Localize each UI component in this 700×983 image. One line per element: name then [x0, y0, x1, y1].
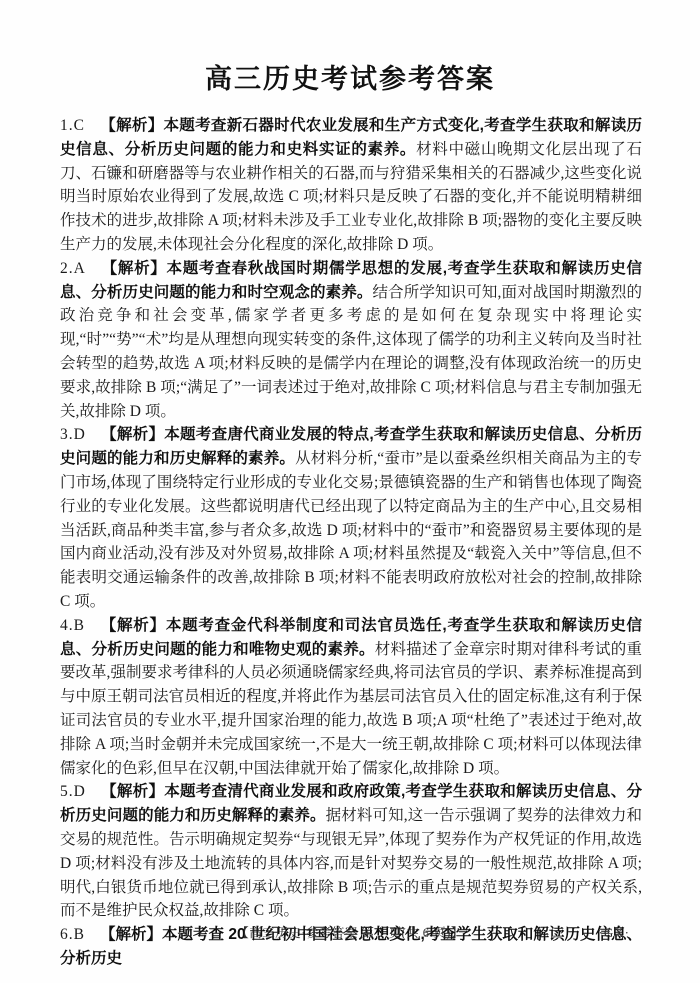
analysis-body: 材料描述了金章宗时期对律科考试的重要改革,强制要求考律科的人员必须通晓儒家经典,… [60, 641, 642, 777]
page-title: 高三历史考试参考答案 [0, 64, 700, 94]
scan-artifact [552, 936, 562, 938]
page-footer: 【高三历史·参考答案 第 1 页(共 6 页)】 [0, 924, 700, 942]
answer-number: 2.A [60, 260, 86, 277]
answer-number: 5.D [60, 783, 86, 800]
analysis-body: 结合所学知识可知,面对战国时期激烈的政治竞争和社会变革,儒家学者更多考虑的是如何… [60, 284, 642, 420]
answer-number: 1.C [60, 117, 85, 134]
answer-item-5: 5.D【解析】本题考查清代商业发展和政府政策,考查学生获取和解读历史信息、分析历… [60, 780, 642, 923]
answer-number: 4.B [60, 617, 85, 634]
answer-item-1: 1.C【解析】本题考查新石器时代农业发展和生产方式变化,考查学生获取和解读历史信… [60, 114, 642, 257]
answer-item-4: 4.B【解析】本题考查金代科举制度和司法官员选任,考查学生获取和解读历史信息、分… [60, 614, 642, 781]
page-footer-code: ·GX· [599, 924, 630, 942]
document-page: 高三历史考试参考答案 1.C【解析】本题考查新石器时代农业发展和生产方式变化,考… [0, 0, 700, 983]
analysis-body: 从材料分析,“蚕市”是以蚕桑丝织相关商品为主的专门市场,体现了围绕特定行业形成的… [60, 450, 642, 610]
answer-item-3: 3.D【解析】本题考查唐代商业发展的特点,考查学生获取和解读历史信息、分析历史问… [60, 423, 642, 613]
answer-number: 3.D [60, 426, 86, 443]
answer-item-2: 2.A【解析】本题考查春秋战国时期儒学思想的发展,考查学生获取和解读历史信息、分… [60, 257, 642, 424]
answers-content: 1.C【解析】本题考查新石器时代农业发展和生产方式变化,考查学生获取和解读历史信… [60, 114, 642, 971]
